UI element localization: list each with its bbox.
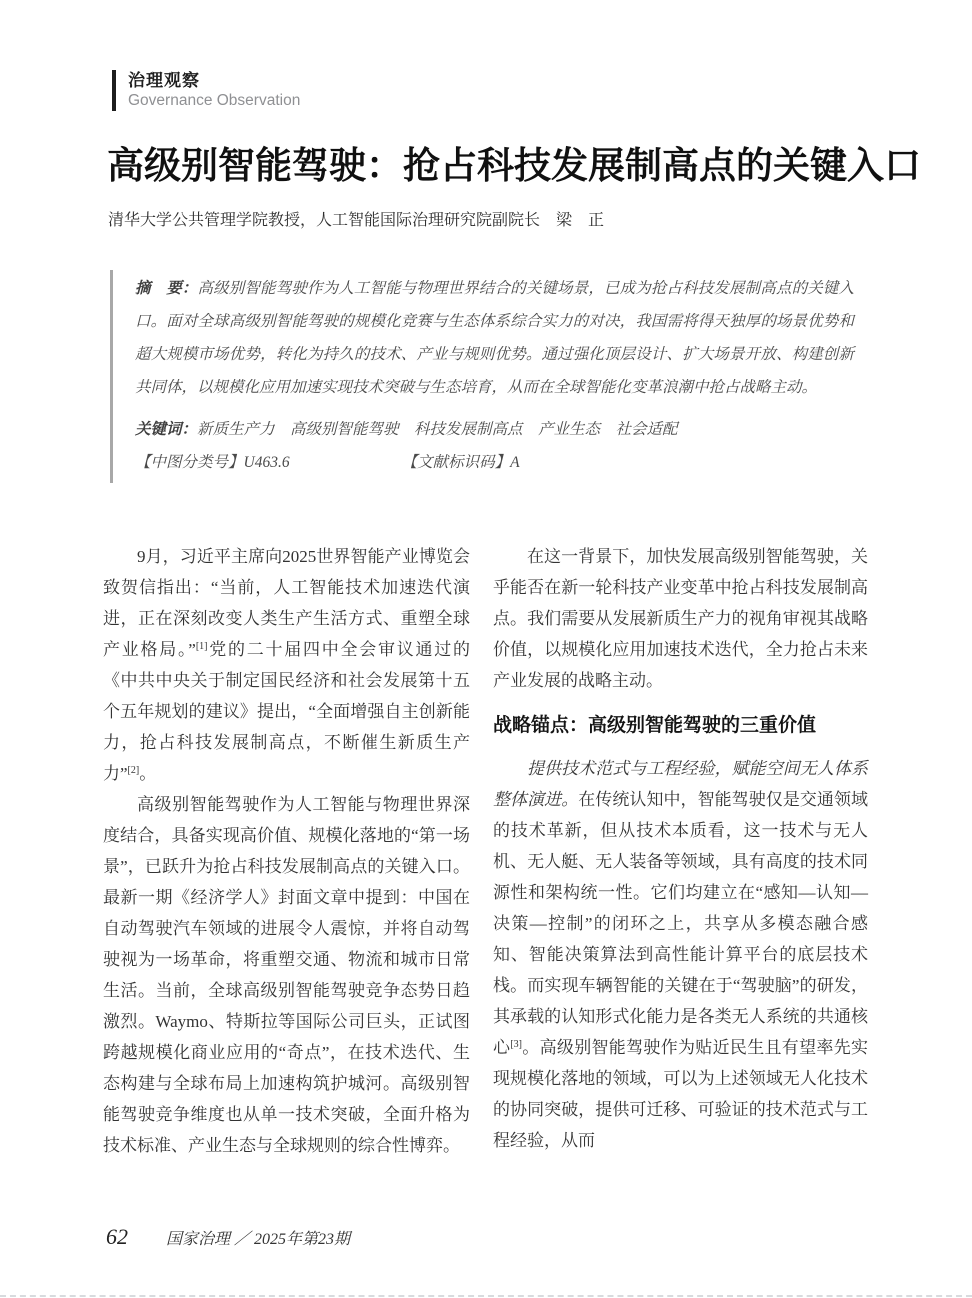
- doc-code-label: 【文献标识码】: [402, 454, 511, 471]
- citation-marker: [3]: [510, 1039, 522, 1050]
- body-paragraph: 在这一背景下，加快发展高级别智能驾驶，关乎能否在新一轮科技产业变革中抢占科技发展…: [493, 541, 868, 696]
- citation-marker: [2]: [128, 765, 140, 776]
- keywords-text: 新质生产力 高级别智能驾驶 科技发展制高点 产业生态 社会适配: [197, 421, 678, 438]
- doc-code: 【文献标识码】A: [402, 446, 520, 479]
- section-label-cn: 治理观察: [128, 70, 300, 91]
- page-bottom-edge: [0, 1295, 972, 1297]
- doc-code-value: A: [510, 454, 519, 471]
- page-number: 62: [106, 1224, 128, 1250]
- kicker-text: 治理观察 Governance Observation: [128, 70, 300, 111]
- abstract-text: 高级别智能驾驶作为人工智能与物理世界结合的关键场景，已成为抢占科技发展制高点的关…: [135, 280, 854, 396]
- abstract-block: 摘 要：高级别智能驾驶作为人工智能与物理世界结合的关键场景，已成为抢占科技发展制…: [110, 270, 860, 483]
- emphasis-lead-sentence: 提供技术范式与工程经验，赋能空间无人体系整体演进。: [493, 759, 868, 809]
- article-body: 9月，习近平主席向2025世界智能产业博览会致贺信指出：“当前，人工智能技术加速…: [103, 541, 868, 1161]
- section-heading: 战略锚点：高级别智能驾驶的三重价值: [493, 714, 868, 738]
- body-paragraph: 高级别智能驾驶作为人工智能与物理世界深度结合，具备实现高价值、规模化落地的“第一…: [103, 789, 470, 1161]
- kicker-bar: [112, 70, 116, 111]
- author-byline: 清华大学公共管理学院教授，人工智能国际治理研究院副院长 梁 正: [108, 207, 972, 230]
- keywords-label: 关键词：: [135, 421, 197, 438]
- classification-line: 【中图分类号】U463.6 【文献标识码】A: [135, 446, 854, 479]
- clc-label: 【中图分类号】: [135, 454, 244, 471]
- body-paragraph: 提供技术范式与工程经验，赋能空间无人体系整体演进。在传统认知中，智能驾驶仅是交通…: [493, 753, 868, 1156]
- column-right: 在这一背景下，加快发展高级别智能驾驶，关乎能否在新一轮科技产业变革中抢占科技发展…: [493, 541, 868, 1161]
- page-footer: 62 国家治理 ／ 2025年第23期: [106, 1224, 350, 1250]
- abstract-paragraph: 摘 要：高级别智能驾驶作为人工智能与物理世界结合的关键场景，已成为抢占科技发展制…: [135, 272, 854, 404]
- abstract-label: 摘 要：: [135, 280, 198, 297]
- journal-page: 治理观察 Governance Observation 高级别智能驾驶：抢占科技…: [0, 0, 972, 1298]
- clc-number: 【中图分类号】U463.6: [135, 446, 290, 479]
- section-kicker: 治理观察 Governance Observation: [112, 70, 972, 111]
- body-paragraph: 9月，习近平主席向2025世界智能产业博览会致贺信指出：“当前，人工智能技术加速…: [103, 541, 470, 789]
- keywords-line: 关键词：新质生产力 高级别智能驾驶 科技发展制高点 产业生态 社会适配: [135, 413, 854, 446]
- journal-issue-line: 国家治理 ／ 2025年第23期: [166, 1226, 350, 1249]
- citation-marker: [1]: [196, 641, 208, 652]
- column-left: 9月，习近平主席向2025世界智能产业博览会致贺信指出：“当前，人工智能技术加速…: [103, 541, 470, 1161]
- article-title: 高级别智能驾驶：抢占科技发展制高点的关键入口: [107, 144, 942, 190]
- section-label-en: Governance Observation: [128, 91, 300, 111]
- clc-value: U463.6: [244, 454, 290, 471]
